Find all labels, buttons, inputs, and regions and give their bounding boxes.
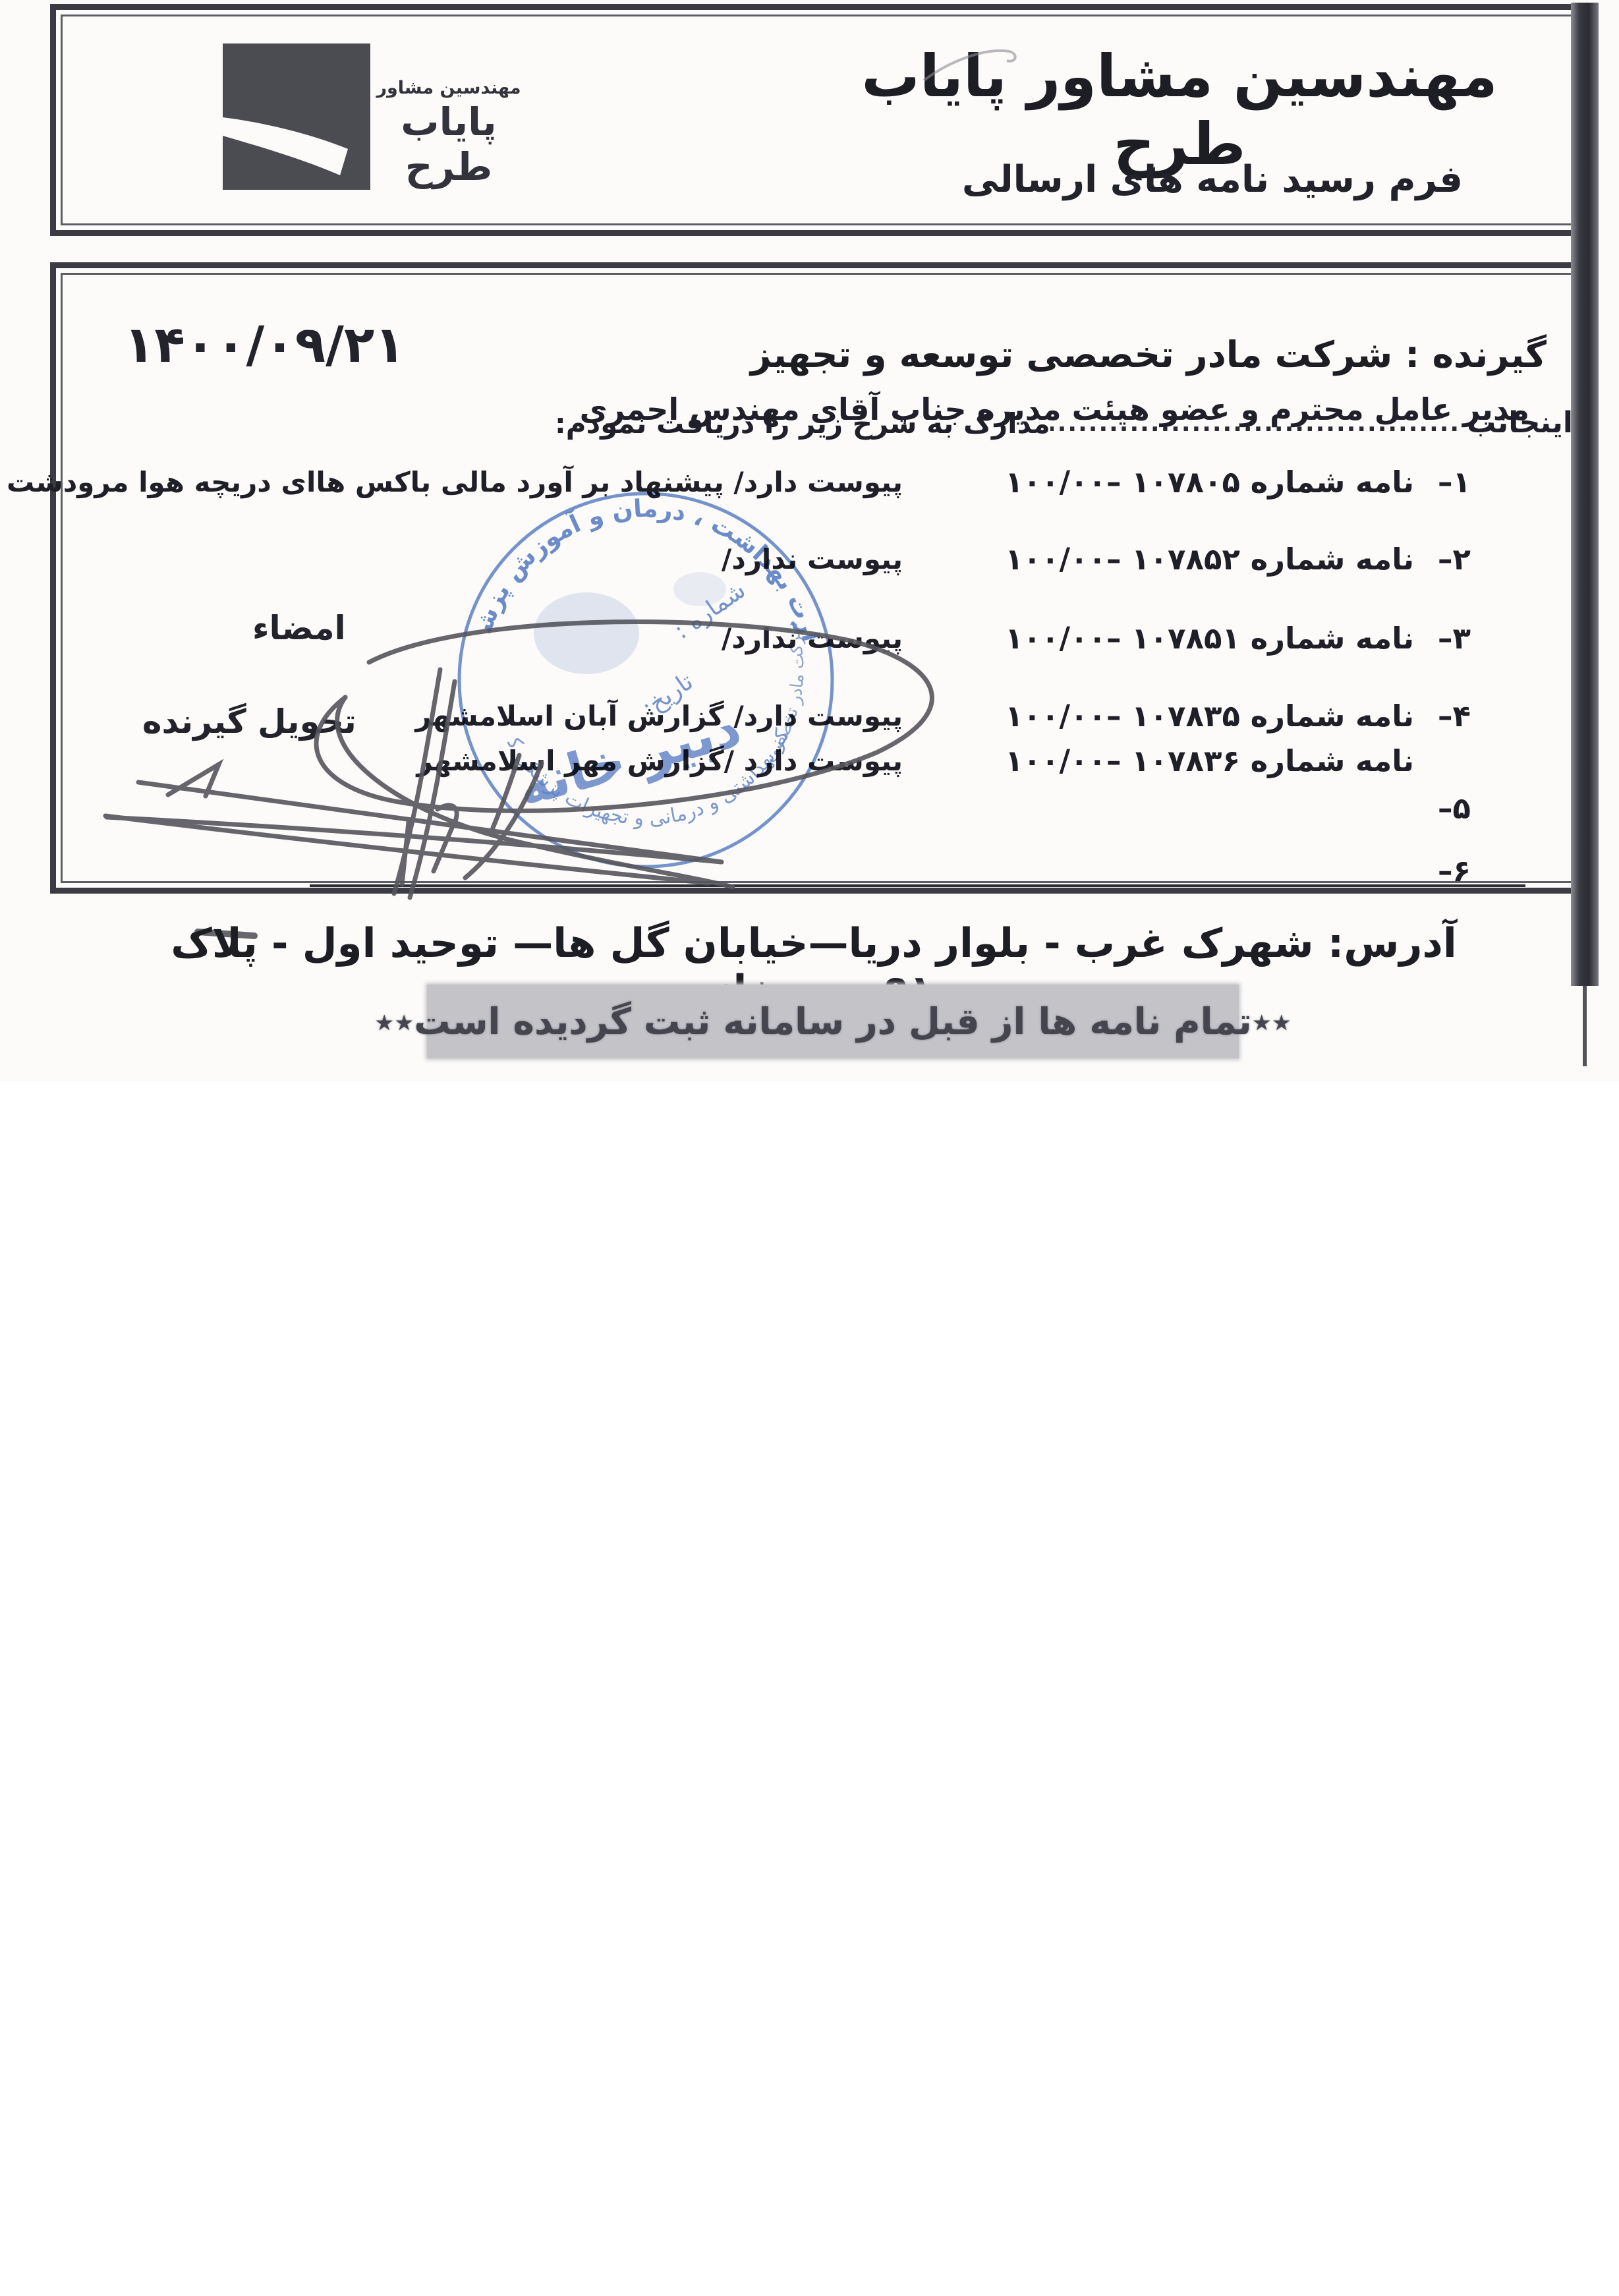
item-number: ۲– [1425, 542, 1471, 577]
item-letter-ref: نامه شماره ۱۰۷۸۰۵ –۱۰۰/۰۰ [946, 465, 1414, 500]
notice-text: ٭٭تمام نامه ها از قبل در سامانه ثبت گردی… [374, 1000, 1291, 1043]
recipient-line: گیرنده : شرکت مادر تخصصی توسعه و تجهیز [751, 333, 1547, 376]
item-letter-ref: نامه شماره ۱۰۷۸۵۱ –۱۰۰/۰۰ [946, 621, 1414, 656]
notice-band: ٭٭تمام نامه ها از قبل در سامانه ثبت گردی… [427, 985, 1239, 1058]
logo-wordmark: مهندسین مشاور پایاب طرح [373, 78, 525, 189]
stamp-ink-smudge [534, 592, 639, 674]
company-logo-mark [223, 43, 370, 190]
receiver-label: تحویل گیرنده [142, 703, 356, 741]
scanned-receipt-form: مهندسین مشاور پایاب طرح مهندسین مشاور پا… [0, 0, 1619, 2296]
item-letter-ref: نامه شماره ۱۰۷۸۳۶ –۱۰۰/۰۰ [946, 743, 1414, 778]
scan-edge-shadow [1571, 3, 1599, 986]
item-number: ۱– [1425, 465, 1471, 500]
logo-wordmark-large: پایاب طرح [373, 100, 525, 189]
declaration-prefix: اینجانب [1467, 406, 1573, 440]
item-number: ۶– [1425, 853, 1471, 888]
item-number: ۵– [1425, 791, 1471, 826]
logo-wordmark-small: مهندسین مشاور [373, 78, 525, 98]
scan-edge-shadow-tail [1583, 986, 1587, 1066]
secretariat-stamp: وزارت بهداشت ، درمان و آموزش پزشکی مراکز… [430, 478, 867, 887]
item-number: ۴– [1425, 699, 1471, 733]
item-letter-ref: نامه شماره ۱۰۷۸۵۲ –۱۰۰/۰۰ [946, 542, 1414, 577]
letter-item-6: ۶– [1425, 853, 1471, 888]
declaration-suffix: مدارک به شرح زیر را دریافت نمودم: [555, 407, 1050, 440]
form-title: فرم رسید نامه های ارسالی [955, 158, 1469, 201]
logo-swoosh-icon [223, 43, 370, 190]
form-date: ۱۴۰۰/۰۹/۲۱ [124, 315, 405, 374]
declaration-line: اینجانب ................................… [555, 406, 1573, 440]
item-letter-ref: نامه شماره ۱۰۷۸۳۵ –۱۰۰/۰۰ [946, 699, 1414, 733]
item-number: ۳– [1425, 621, 1471, 656]
declaration-fill-in-blank: ........................................… [1050, 410, 1467, 440]
signature-label: امضاء [252, 609, 346, 647]
